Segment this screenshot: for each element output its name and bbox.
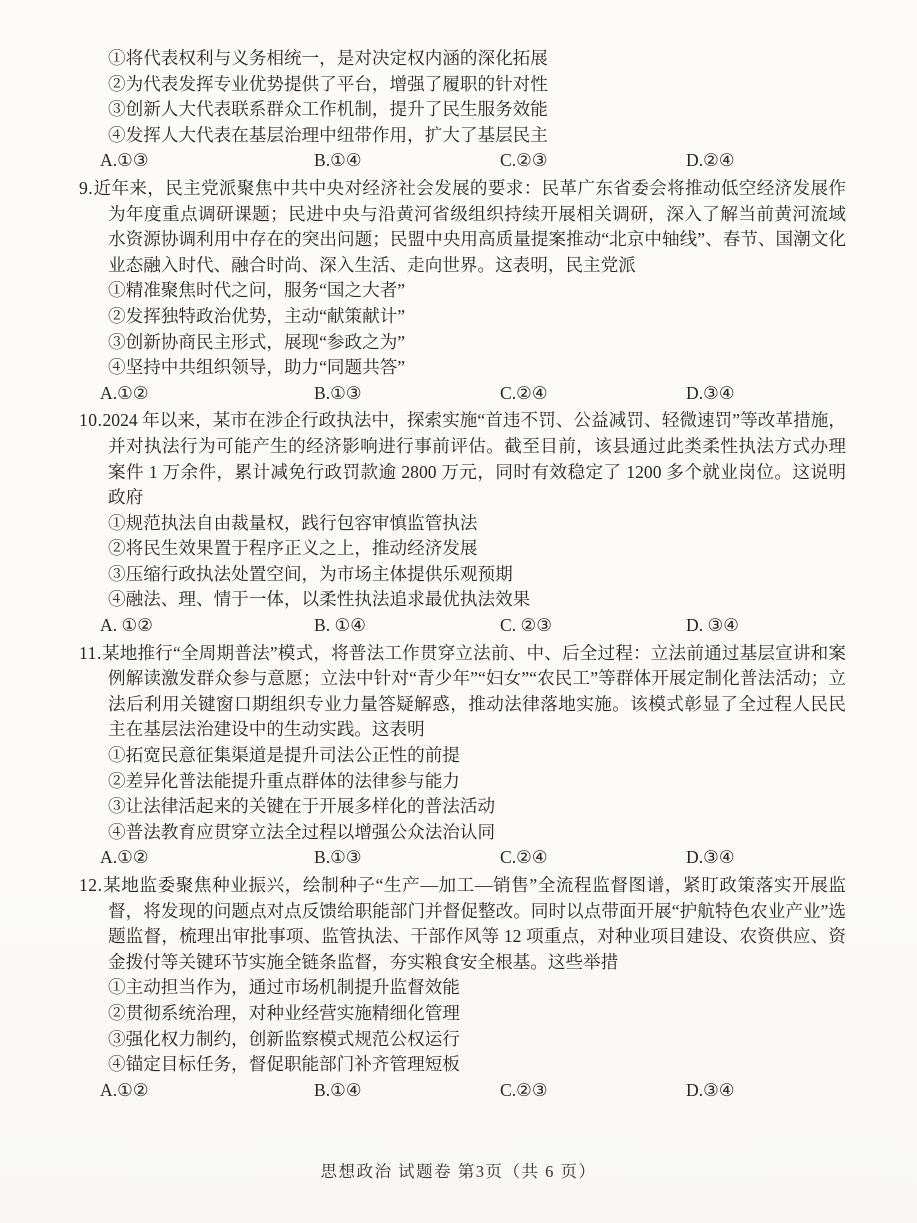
exam-paper-page: ①将代表权利与义务相统一，是对决定权内涵的深化拓展 ②为代表发挥专业优势提供了平… [0, 0, 917, 1223]
choice-c: C. ②③ [500, 613, 686, 639]
choices-row: A. ①② B. ①④ C. ②③ D. ③④ [79, 613, 846, 639]
option-line: ②将民生效果置于程序正义之上，推动经济发展 [108, 536, 846, 562]
question-stem-text: 某地监委聚焦种业振兴，绘制种子“生产—加工—销售”全流程监督图谱，紧盯政策落实开… [103, 875, 847, 972]
choice-d: D.③④ [686, 1078, 846, 1104]
choice-a: A.①② [100, 1078, 314, 1104]
option-line: ②差异化普法能提升重点群体的法律参与能力 [108, 769, 846, 795]
question-stem-text: 2024 年以来，某市在涉企行政执法中，探索实施“首违不罚、公益减罚、轻微速罚”… [103, 410, 847, 507]
question-number: 12. [79, 875, 103, 895]
choice-a: A.①③ [100, 148, 314, 174]
option-line: ③创新人大代表联系群众工作机制，提升了民生服务效能 [108, 97, 846, 123]
option-line: ①将代表权利与义务相统一，是对决定权内涵的深化拓展 [108, 46, 846, 72]
option-line: ④普法教育应贯穿立法全过程以增强公众法治认同 [108, 820, 846, 846]
choices-row: A.①② B.①③ C.②④ D.③④ [79, 381, 846, 407]
lead-question-block: ①将代表权利与义务相统一，是对决定权内涵的深化拓展 ②为代表发挥专业优势提供了平… [79, 46, 846, 174]
choice-d: D.③④ [686, 381, 846, 407]
choice-a: A. ①② [100, 613, 314, 639]
option-line: ③强化权力制约，创新监察模式规范公权运行 [108, 1027, 846, 1053]
option-line: ①规范执法自由裁量权，践行包容审慎监管执法 [108, 511, 846, 537]
question-stem: 10.2024 年以来，某市在涉企行政执法中，探索实施“首违不罚、公益减罚、轻微… [79, 408, 846, 510]
question-number: 10. [79, 410, 103, 430]
option-line: ①拓宽民意征集渠道是提升司法公正性的前提 [108, 743, 846, 769]
choice-c: C.②④ [500, 381, 686, 407]
choices-row: A.①③ B.①④ C.②③ D.②④ [79, 148, 846, 174]
question-number: 11. [79, 643, 102, 663]
option-line: ②发挥独特政治优势，主动“献策献计” [108, 304, 846, 330]
question-options: ①拓宽民意征集渠道是提升司法公正性的前提 ②差异化普法能提升重点群体的法律参与能… [79, 743, 846, 845]
option-line: ③创新协商民主形式，展现“参政之为” [108, 330, 846, 356]
page-footer: 思想政治 试题卷 第3页（共 6 页） [0, 1158, 917, 1182]
option-line: ④坚持中共组织领导，助力“同题共答” [108, 355, 846, 381]
choices-row: A.①② B.①④ C.②③ D.③④ [79, 1078, 846, 1104]
choice-a: A.①② [100, 845, 314, 871]
choice-b: B.①③ [314, 381, 500, 407]
option-line: ③让法律活起来的关键在于开展多样化的普法活动 [108, 794, 846, 820]
question-10-block: 10.2024 年以来，某市在涉企行政执法中，探索实施“首违不罚、公益减罚、轻微… [79, 408, 846, 638]
question-options: ①规范执法自由裁量权，践行包容审慎监管执法 ②将民生效果置于程序正义之上，推动经… [79, 511, 846, 613]
choice-c: C.②④ [500, 845, 686, 871]
question-stem: 11.某地推行“全周期普法”模式，将普法工作贯穿立法前、中、后全过程：立法前通过… [79, 641, 846, 743]
choice-b: B.①④ [314, 148, 500, 174]
choice-d: D.③④ [686, 845, 846, 871]
question-options: ①主动担当作为，通过市场机制提升监督效能 ②贯彻系统治理，对种业经营实施精细化管… [79, 975, 846, 1077]
question-stem-text: 近年来，民主党派聚焦中共中央对经济社会发展的要求：民革广东省委会将推动低空经济发… [93, 178, 846, 275]
question-11-block: 11.某地推行“全周期普法”模式，将普法工作贯穿立法前、中、后全过程：立法前通过… [79, 641, 846, 871]
question-stem: 9.近年来，民主党派聚焦中共中央对经济社会发展的要求：民革广东省委会将推动低空经… [79, 176, 846, 278]
choice-b: B.①④ [314, 1078, 500, 1104]
question-12-block: 12.某地监委聚焦种业振兴，绘制种子“生产—加工—销售”全流程监督图谱，紧盯政策… [79, 873, 846, 1103]
question-stem-text: 某地推行“全周期普法”模式，将普法工作贯穿立法前、中、后全过程：立法前通过基层宣… [102, 643, 846, 740]
choice-c: C.②③ [500, 1078, 686, 1104]
question-options: ①精准聚焦时代之问，服务“国之大者” ②发挥独特政治优势，主动“献策献计” ③创… [79, 278, 846, 380]
choice-a: A.①② [100, 381, 314, 407]
option-line: ①主动担当作为，通过市场机制提升监督效能 [108, 975, 846, 1001]
option-line: ①精准聚焦时代之问，服务“国之大者” [108, 278, 846, 304]
choices-row: A.①② B.①③ C.②④ D.③④ [79, 845, 846, 871]
option-line: ②为代表发挥专业优势提供了平台，增强了履职的针对性 [108, 72, 846, 98]
question-stem: 12.某地监委聚焦种业振兴，绘制种子“生产—加工—销售”全流程监督图谱，紧盯政策… [79, 873, 846, 975]
option-line: ④锚定目标任务，督促职能部门补齐管理短板 [108, 1052, 846, 1078]
option-line: ④发挥人大代表在基层治理中纽带作用，扩大了基层民主 [108, 123, 846, 149]
choice-d: D. ③④ [686, 613, 846, 639]
question-9-block: 9.近年来，民主党派聚焦中共中央对经济社会发展的要求：民革广东省委会将推动低空经… [79, 176, 846, 406]
question-number: 9. [79, 178, 93, 198]
exam-content: ①将代表权利与义务相统一，是对决定权内涵的深化拓展 ②为代表发挥专业优势提供了平… [79, 46, 846, 1105]
choice-d: D.②④ [686, 148, 846, 174]
option-line: ③压缩行政执法处置空间，为市场主体提供乐观预期 [108, 562, 846, 588]
option-line: ②贯彻系统治理，对种业经营实施精细化管理 [108, 1001, 846, 1027]
choice-b: B. ①④ [314, 613, 500, 639]
choice-b: B.①③ [314, 845, 500, 871]
option-line: ④融法、理、情于一体，以柔性执法追求最优执法效果 [108, 587, 846, 613]
lead-options: ①将代表权利与义务相统一，是对决定权内涵的深化拓展 ②为代表发挥专业优势提供了平… [79, 46, 846, 148]
choice-c: C.②③ [500, 148, 686, 174]
